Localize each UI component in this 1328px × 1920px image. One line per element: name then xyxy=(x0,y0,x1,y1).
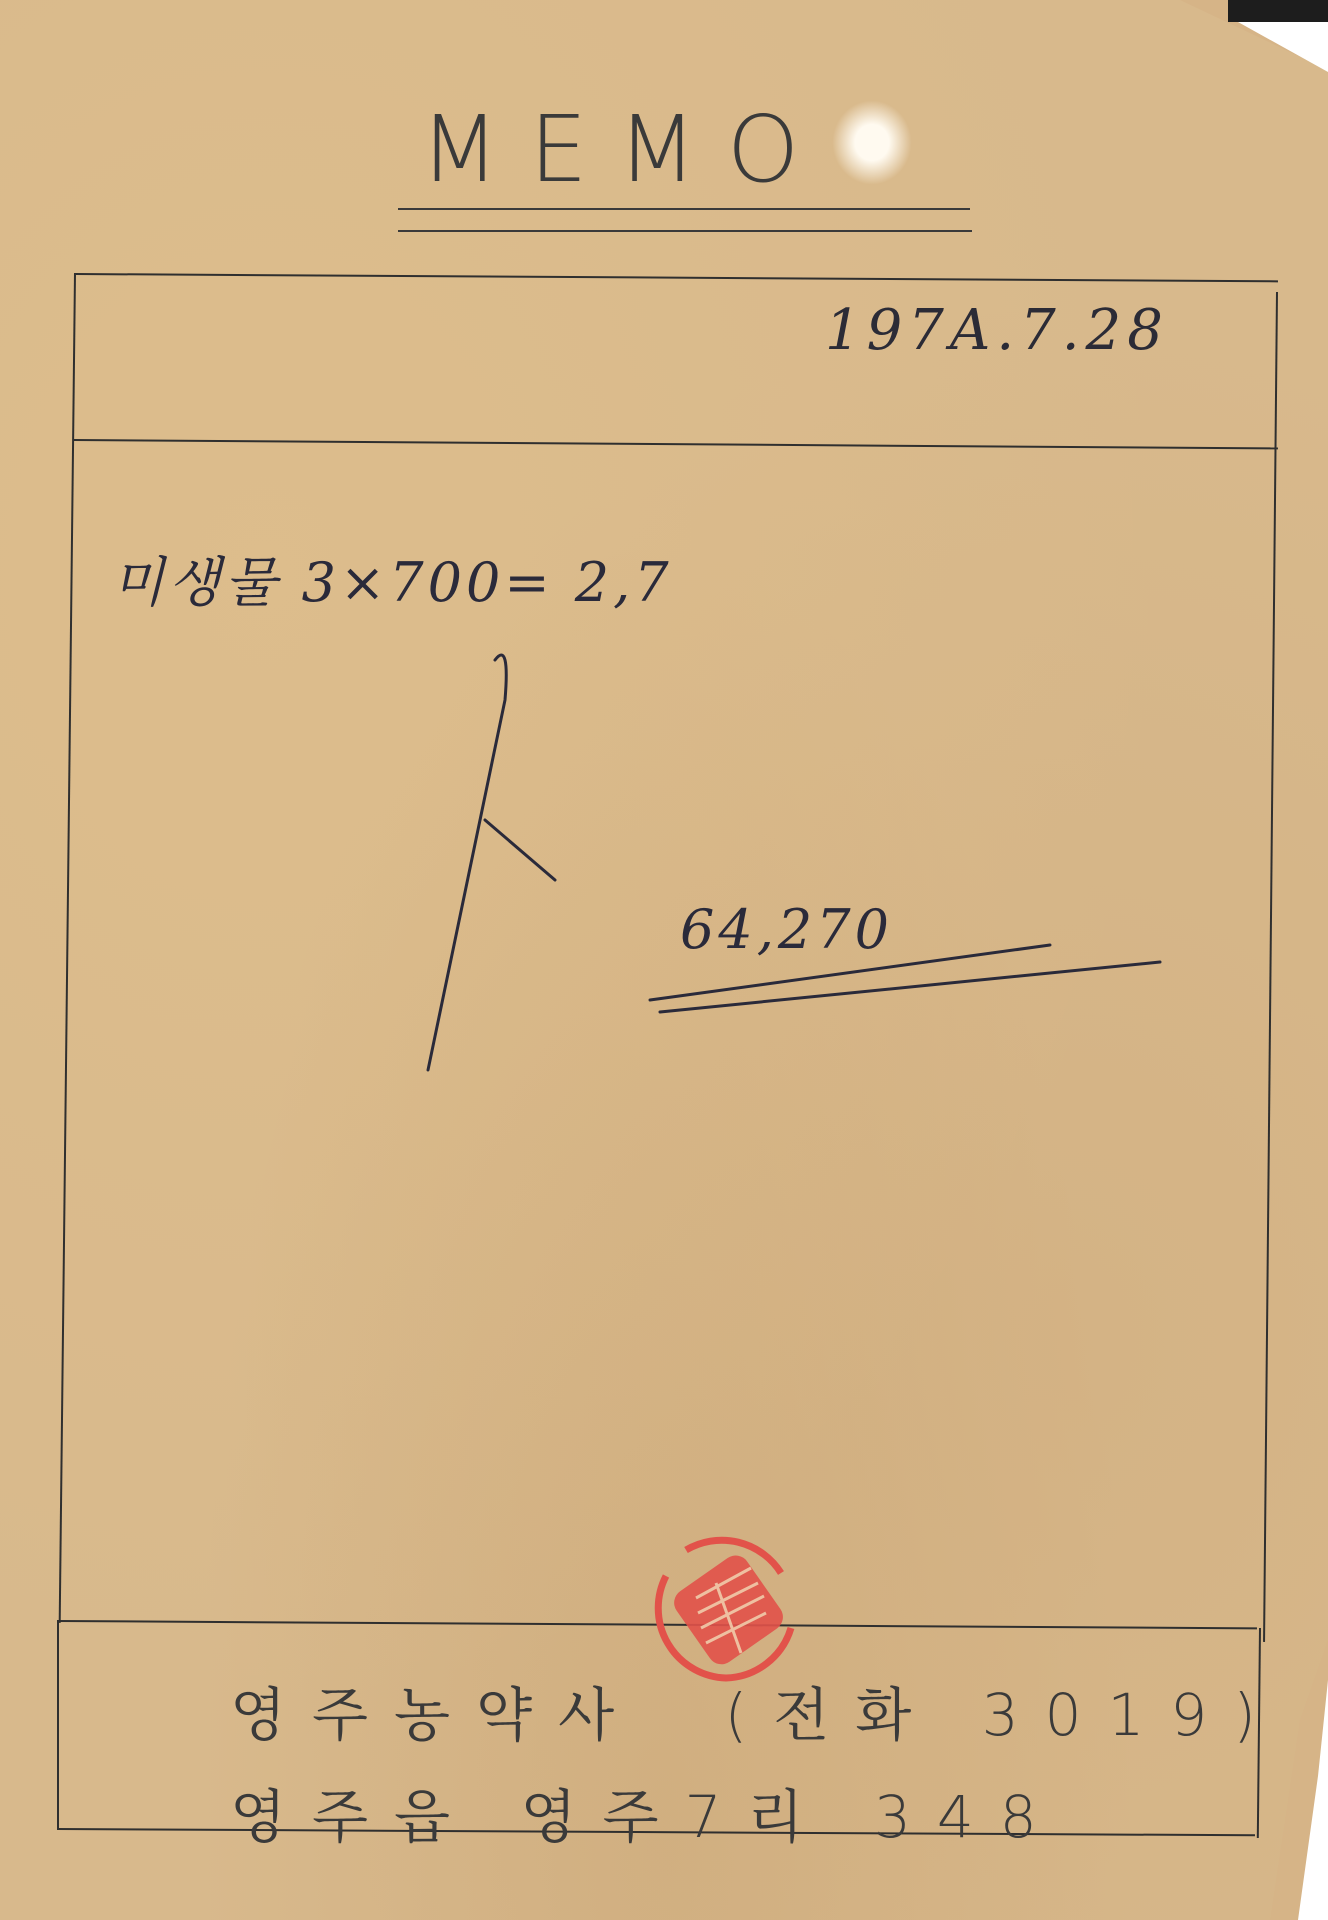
company-name: 영주농약사 xyxy=(230,1681,640,1749)
large-seven-stroke xyxy=(428,655,506,1070)
red-seal-stamp xyxy=(646,1528,806,1688)
company-phone: (전화 3019) xyxy=(725,1681,1282,1749)
cross-stroke xyxy=(485,820,555,880)
company-address: 영주읍 영주7리 348 xyxy=(230,1770,1063,1854)
footer-company-line: 영주농약사 (전화 3019) xyxy=(230,1668,1282,1752)
